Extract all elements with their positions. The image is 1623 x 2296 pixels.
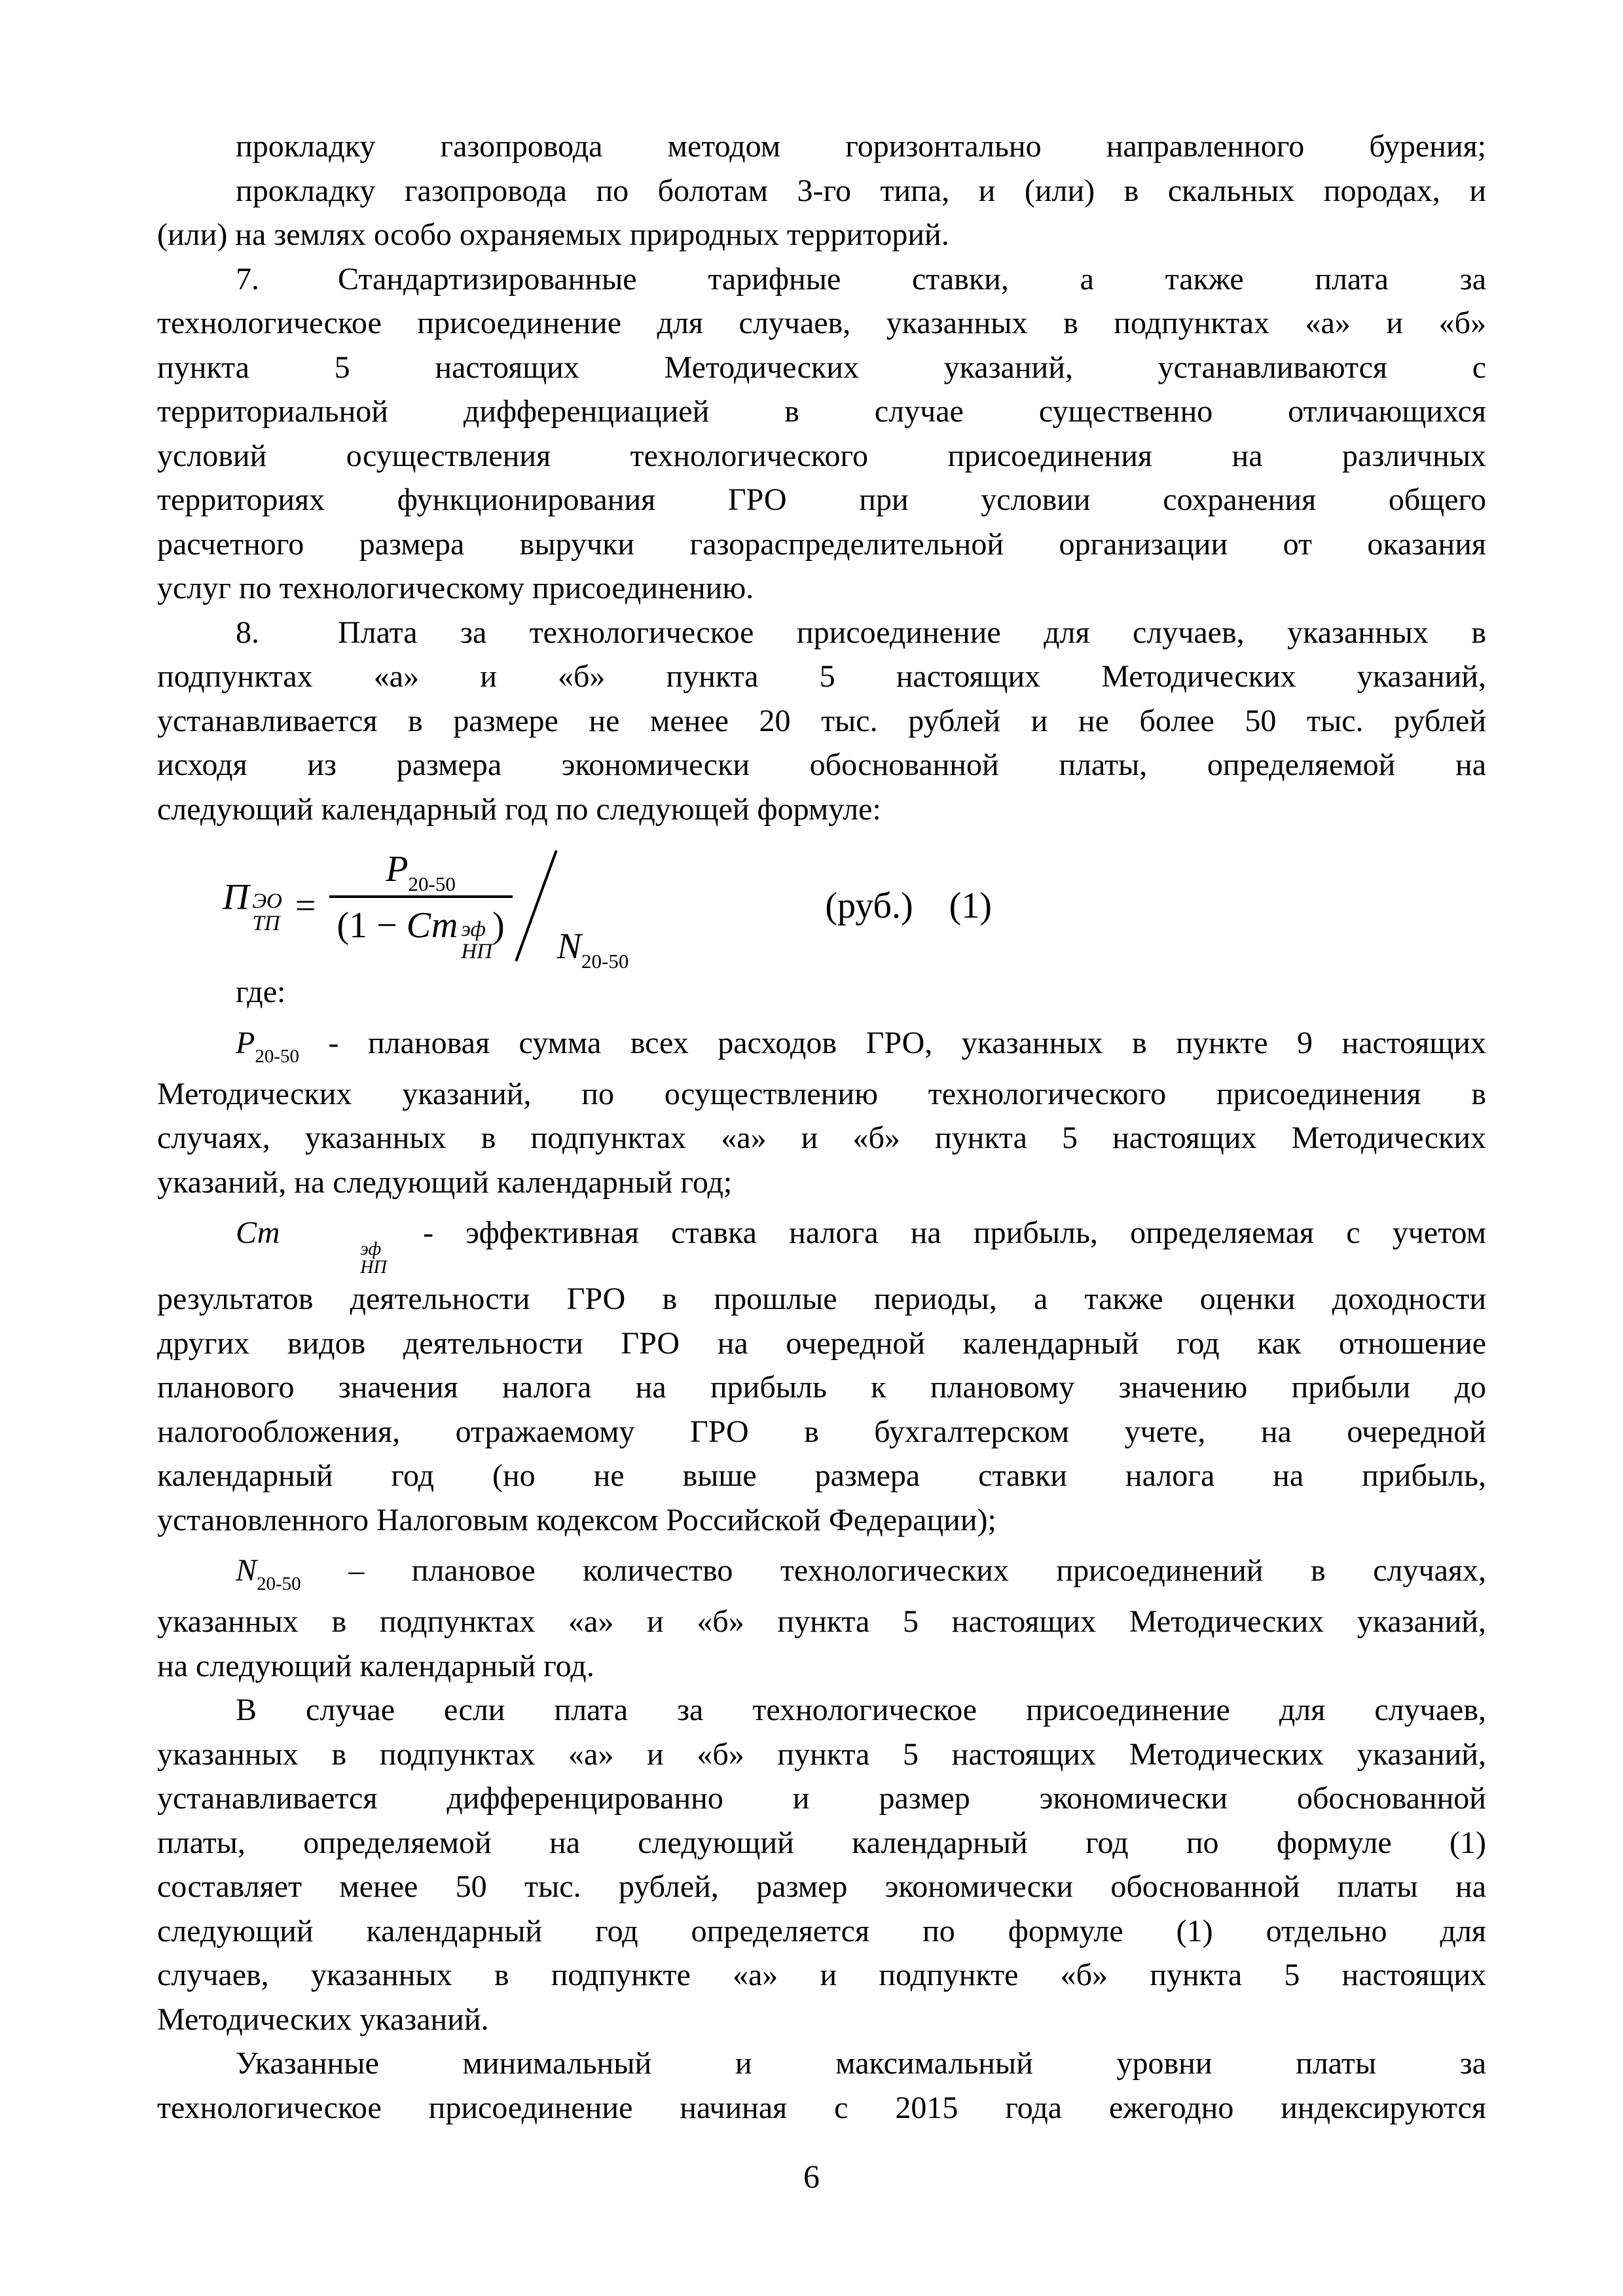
text-line: указанных в подпунктах «а» и «б» пункта … — [157, 1600, 1486, 1644]
formula-fraction: P20-50 (1 − СтэфНП) — [329, 848, 513, 964]
text-line: платы, определяемой на следующий календа… — [157, 1821, 1486, 1865]
text-line: составляет менее 50 тыс. рублей, размер … — [157, 1865, 1486, 1909]
text-line: налогообложения, отражаемому ГРО в бухга… — [157, 1410, 1486, 1454]
text-line: технологическое присоединение для случае… — [157, 301, 1486, 346]
text-line: пункта 5 настоящих Методических указаний… — [157, 346, 1486, 390]
formula-lhs: ПЭОТП — [223, 876, 282, 936]
text-line: результатов деятельности ГРО в прошлые п… — [157, 1277, 1486, 1321]
formula-plata-tp: ПЭОТП = P20-50 (1 − СтэфНП) N20-50 (руб.… — [223, 842, 992, 970]
text-line: N20-50 – плановое количество технологиче… — [157, 1542, 1486, 1600]
formula-lhs-subscript: ТП — [252, 912, 280, 935]
paragraph-number: 7. — [236, 262, 259, 296]
text-line: 7.Стандартизированные тарифные ставки, а… — [157, 257, 1486, 302]
formula-lhs-superscript: ЭО — [252, 890, 282, 912]
math-symbol: N20-50 — [236, 1553, 301, 1588]
text-line: (или) на землях особо охраняемых природн… — [157, 213, 1486, 257]
text-line: планового значения налога на прибыль к п… — [157, 1365, 1486, 1410]
text-line: устанавливается в размере не менее 20 ты… — [157, 699, 1486, 744]
text-line: Методических указаний. — [157, 1998, 1486, 2042]
text-line: прокладку газопровода по болотам 3-го ти… — [157, 169, 1486, 213]
division-slash — [515, 850, 557, 962]
paragraph-number: 8. — [236, 615, 259, 650]
formula-divisor: N20-50 — [557, 925, 629, 967]
text-line: указаний, на следующий календарный год; — [157, 1160, 1486, 1205]
text-line: случаях, указанных в подпунктах «а» и «б… — [157, 1116, 1486, 1160]
text-line: случаев, указанных в подпункте «а» и под… — [157, 1953, 1486, 1998]
text-line: устанавливается дифференцированно и разм… — [157, 1776, 1486, 1821]
text-line: других видов деятельности ГРО на очередн… — [157, 1321, 1486, 1366]
fraction-denominator: (1 − СтэфНП) — [329, 895, 513, 964]
text-line: В случае если плата за технологическое п… — [157, 1688, 1486, 1732]
formula-equation-number: (1) — [949, 885, 992, 927]
text-line: календарный год (но не выше размера став… — [157, 1454, 1486, 1498]
page-number: 6 — [0, 2157, 1623, 2195]
math-symbol: P20-50 — [236, 1026, 299, 1060]
text-line: территориальной дифференциацией в случае… — [157, 389, 1486, 434]
text-line: услуг по технологическому присоединению. — [157, 566, 1486, 611]
text-line: установленного Налоговым кодексом Россий… — [157, 1498, 1486, 1543]
text-line: Указанные минимальный и максимальный уро… — [157, 2041, 1486, 2086]
text-line: следующий календарный год определяется п… — [157, 1909, 1486, 1954]
text-line: указанных в подпунктах «а» и «б» пункта … — [157, 1732, 1486, 1777]
text-line: территориях функционирования ГРО при усл… — [157, 478, 1486, 522]
formula-units: (руб.) — [825, 885, 913, 927]
text-line: технологическое присоединение начиная с … — [157, 2086, 1486, 2130]
text-line: условий осуществления технологического п… — [157, 434, 1486, 478]
text-line: следующий календарный год по следующей ф… — [157, 787, 1486, 832]
fraction-numerator: P20-50 — [379, 848, 462, 895]
text-line: где: — [157, 970, 1486, 1014]
text-line: Методических указаний, по осуществлению … — [157, 1072, 1486, 1117]
text-line: подпунктах «а» и «б» пункта 5 настоящих … — [157, 655, 1486, 699]
math-symbol: СтэфНП — [236, 1215, 391, 1250]
document-body: прокладку газопровода методом горизонтал… — [157, 124, 1486, 2130]
text-line: исходя из размера экономически обоснован… — [157, 743, 1486, 787]
text-line: на следующий календарный год. — [157, 1644, 1486, 1689]
text-line: СтэфНП - эффективная ставка налога на пр… — [157, 1204, 1486, 1277]
text-line: прокладку газопровода методом горизонтал… — [157, 124, 1486, 169]
text-line: 8.Плата за технологическое присоединение… — [157, 611, 1486, 655]
text-line: P20-50 - плановая сумма всех расходов ГР… — [157, 1014, 1486, 1072]
equals-sign: = — [295, 885, 316, 927]
document-page: прокладку газопровода методом горизонтал… — [0, 0, 1623, 2296]
text-line: расчетного размера выручки газораспредел… — [157, 522, 1486, 567]
